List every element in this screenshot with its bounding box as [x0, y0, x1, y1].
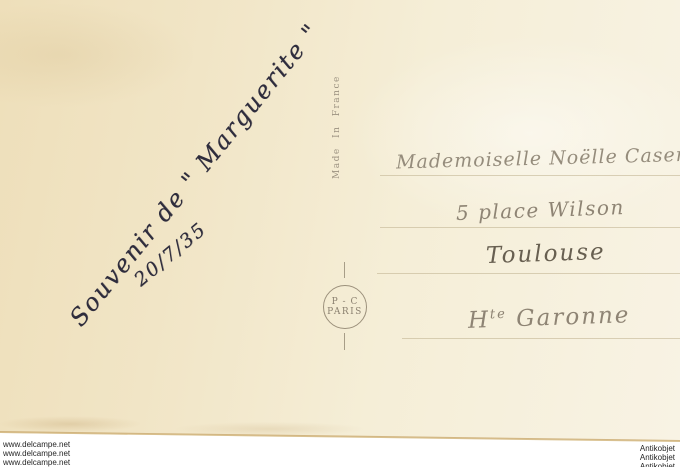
divider-tick-top	[344, 262, 345, 278]
address-department: Hte Garonne	[468, 302, 631, 334]
watermark-antikobjet-row: Antikobjet	[640, 462, 675, 467]
watermark-antikobjet: Antikobjet Antikobjet Antikobjet	[640, 444, 675, 467]
watermark-delcampe-row: www.delcampe.net	[3, 449, 70, 458]
address-department-superscript: te	[490, 307, 507, 323]
address-rule-3	[377, 273, 680, 274]
divider-tick-bottom	[344, 333, 345, 350]
watermark-delcampe-row: www.delcampe.net	[3, 440, 70, 449]
address-recipient-name: Mademoiselle Noëlle Caseneuve	[396, 143, 680, 174]
address-department-prefix: H	[468, 307, 491, 334]
watermark-antikobjet-row: Antikobjet	[640, 453, 675, 462]
address-rule-1	[380, 175, 680, 176]
postcard-scan: Souvenir de " Marguerite " 20/7/35 Made …	[0, 0, 680, 467]
address-rule-4	[402, 338, 680, 339]
watermark-antikobjet-row: Antikobjet	[640, 444, 675, 453]
watermark-delcampe-row: www.delcampe.net	[3, 458, 70, 467]
postcard-paper: Souvenir de " Marguerite " 20/7/35 Made …	[0, 0, 680, 444]
address-department-rest: Garonne	[507, 302, 631, 332]
publisher-stamp-city: PARIS	[327, 307, 363, 318]
publisher-stamp-initials: P - C	[332, 297, 359, 307]
publisher-stamp: P - C PARIS	[323, 285, 367, 329]
address-street: 5 place Wilson	[456, 195, 626, 225]
address-rule-2	[380, 227, 680, 228]
handwritten-message: Souvenir de " Marguerite "	[64, 18, 326, 332]
postcard-bottom-edge	[0, 431, 680, 444]
made-in-france-label: Made In France	[332, 79, 346, 179]
address-city: Toulouse	[486, 239, 606, 269]
watermark-delcampe: www.delcampe.net www.delcampe.net www.de…	[3, 440, 70, 467]
